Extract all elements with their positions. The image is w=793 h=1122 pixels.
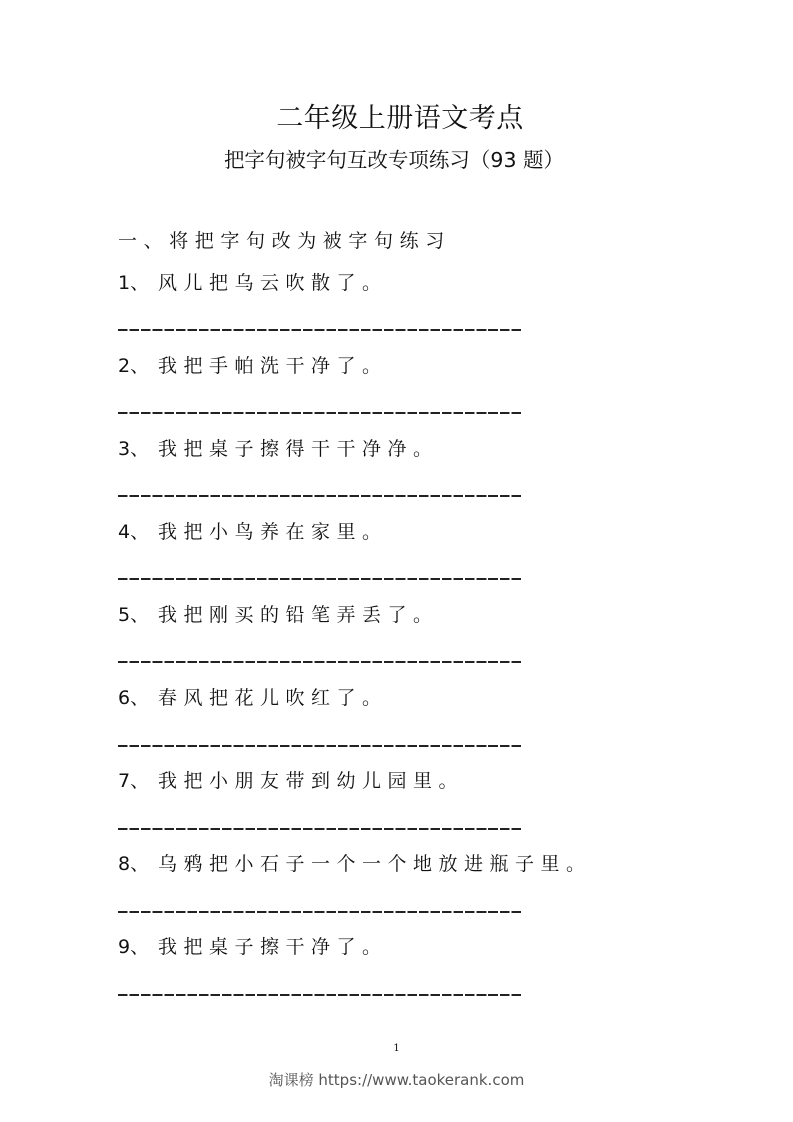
question-text: 我把小朋友带到幼儿园里。 — [158, 770, 464, 792]
document-subtitle: 把字句被字句互改专项练习（93 题） — [0, 146, 788, 174]
question-text: 风儿把乌云吹散了。 — [158, 272, 388, 294]
question-text: 春风把花儿吹红了。 — [158, 687, 388, 709]
question-number: 6、 — [118, 685, 158, 711]
answer-line — [118, 828, 523, 830]
question-number: 4、 — [118, 519, 158, 545]
question-item: 3、我把桌子擦得干干净净。 — [118, 436, 439, 462]
footer-watermark: 淘课榜 https://www.taokerank.com — [0, 1069, 793, 1091]
question-number: 3、 — [118, 436, 158, 462]
question-number: 7、 — [118, 768, 158, 794]
answer-line — [118, 661, 523, 663]
question-text: 我把手帕洗干净了。 — [158, 355, 388, 377]
question-number: 5、 — [118, 602, 158, 628]
question-item: 8、乌鸦把小石子一个一个地放进瓶子里。 — [118, 851, 592, 877]
answer-line — [118, 578, 523, 580]
question-text: 我把桌子擦得干干净净。 — [158, 438, 439, 460]
answer-line — [118, 911, 523, 913]
answer-line — [118, 994, 523, 996]
question-item: 4、我把小鸟养在家里。 — [118, 519, 388, 545]
document-title: 二年级上册语文考点 — [0, 102, 793, 136]
question-text: 我把桌子擦干净了。 — [158, 936, 388, 958]
question-item: 6、春风把花儿吹红了。 — [118, 685, 388, 711]
question-item: 7、我把小朋友带到幼儿园里。 — [118, 768, 464, 794]
answer-line — [118, 495, 523, 497]
question-text: 乌鸦把小石子一个一个地放进瓶子里。 — [158, 853, 592, 875]
answer-line — [118, 745, 523, 747]
question-number: 9、 — [118, 934, 158, 960]
question-text: 我把小鸟养在家里。 — [158, 521, 388, 543]
section-heading: 一、将把字句改为被字句练习 — [118, 228, 451, 254]
question-item: 2、我把手帕洗干净了。 — [118, 353, 388, 379]
page-number: 1 — [0, 1042, 793, 1056]
question-item: 1、风儿把乌云吹散了。 — [118, 270, 388, 296]
question-text: 我把刚买的铅笔弄丢了。 — [158, 604, 439, 626]
answer-line — [118, 412, 523, 414]
question-number: 2、 — [118, 353, 158, 379]
answer-line — [118, 329, 523, 331]
question-item: 9、我把桌子擦干净了。 — [118, 934, 388, 960]
question-item: 5、我把刚买的铅笔弄丢了。 — [118, 602, 439, 628]
question-number: 8、 — [118, 851, 158, 877]
document-page: 二年级上册语文考点 把字句被字句互改专项练习（93 题） 一、将把字句改为被字句… — [0, 0, 793, 1122]
question-number: 1、 — [118, 270, 158, 296]
